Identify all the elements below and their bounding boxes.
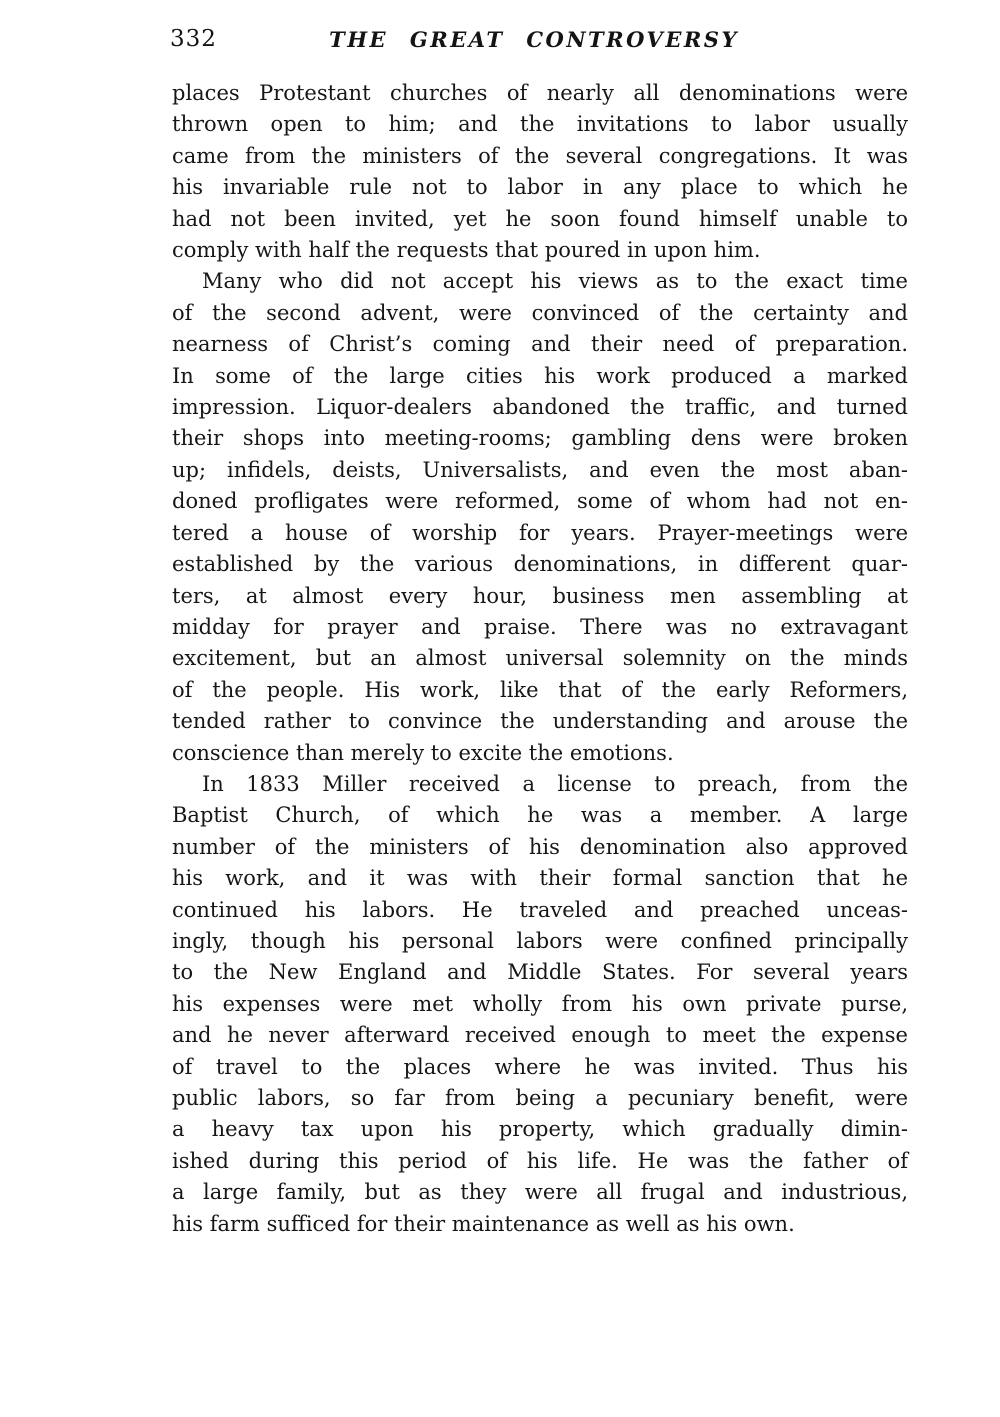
text-line: comply with half the requests that poure… [172, 235, 908, 266]
text-line: had not been invited, yet he soon found … [172, 204, 908, 235]
text-line: of travel to the places where he was inv… [172, 1052, 908, 1083]
text-line: his expenses were met wholly from his ow… [172, 989, 908, 1020]
text-line: conscience than merely to excite the emo… [172, 738, 908, 769]
text-line: his invariable rule not to labor in any … [172, 172, 908, 203]
text-line: doned profligates were reformed, some of… [172, 486, 908, 517]
text-line: In some of the large cities his work pro… [172, 361, 908, 392]
text-line: to the New England and Middle States. Fo… [172, 957, 908, 988]
text-line: thrown open to him; and the invitations … [172, 109, 908, 140]
paragraph: Many who did not accept his views as to … [172, 266, 908, 769]
text-line: came from the ministers of the several c… [172, 141, 908, 172]
text-line: nearness of Christ’s coming and their ne… [172, 329, 908, 360]
text-line: Baptist Church, of which he was a member… [172, 800, 908, 831]
text-line: ters, at almost every hour, business men… [172, 581, 908, 612]
text-line: up; infidels, deists, Universalists, and… [172, 455, 908, 486]
text-line: of the people. His work, like that of th… [172, 675, 908, 706]
text-line: public labors, so far from being a pecun… [172, 1083, 908, 1114]
text-line: number of the ministers of his denominat… [172, 832, 908, 863]
text-line: midday for prayer and praise. There was … [172, 612, 908, 643]
text-line: ished during this period of his life. He… [172, 1146, 908, 1177]
text-line: impression. Liquor-dealers abandoned the… [172, 392, 908, 423]
text-line: places Protestant churches of nearly all… [172, 78, 908, 109]
text-line: ingly, though his personal labors were c… [172, 926, 908, 957]
text-line: their shops into meeting-rooms; gambling… [172, 423, 908, 454]
text-line: In 1833 Miller received a license to pre… [172, 769, 908, 800]
text-line: his farm sufficed for their maintenance … [172, 1209, 908, 1240]
text-line: excitement, but an almost universal sole… [172, 643, 908, 674]
text-line: tended rather to convince the understand… [172, 706, 908, 737]
text-line: tered a house of worship for years. Pray… [172, 518, 908, 549]
paragraph: places Protestant churches of nearly all… [172, 78, 908, 266]
text-line: his work, and it was with their formal s… [172, 863, 908, 894]
text-line: Many who did not accept his views as to … [172, 266, 908, 297]
text-line: of the second advent, were convinced of … [172, 298, 908, 329]
book-page: 332 THE GREAT CONTROVERSY places Protest… [0, 0, 1000, 1417]
text-line: and he never afterward received enough t… [172, 1020, 908, 1051]
text-line: continued his labors. He traveled and pr… [172, 895, 908, 926]
text-line: established by the various denominations… [172, 549, 908, 580]
running-header-title: THE GREAT CONTROVERSY [172, 27, 896, 52]
text-line: a heavy tax upon his property, which gra… [172, 1114, 908, 1145]
body-text-column: places Protestant churches of nearly all… [172, 78, 908, 1240]
paragraph: In 1833 Miller received a license to pre… [172, 769, 908, 1240]
text-line: a large family, but as they were all fru… [172, 1177, 908, 1208]
